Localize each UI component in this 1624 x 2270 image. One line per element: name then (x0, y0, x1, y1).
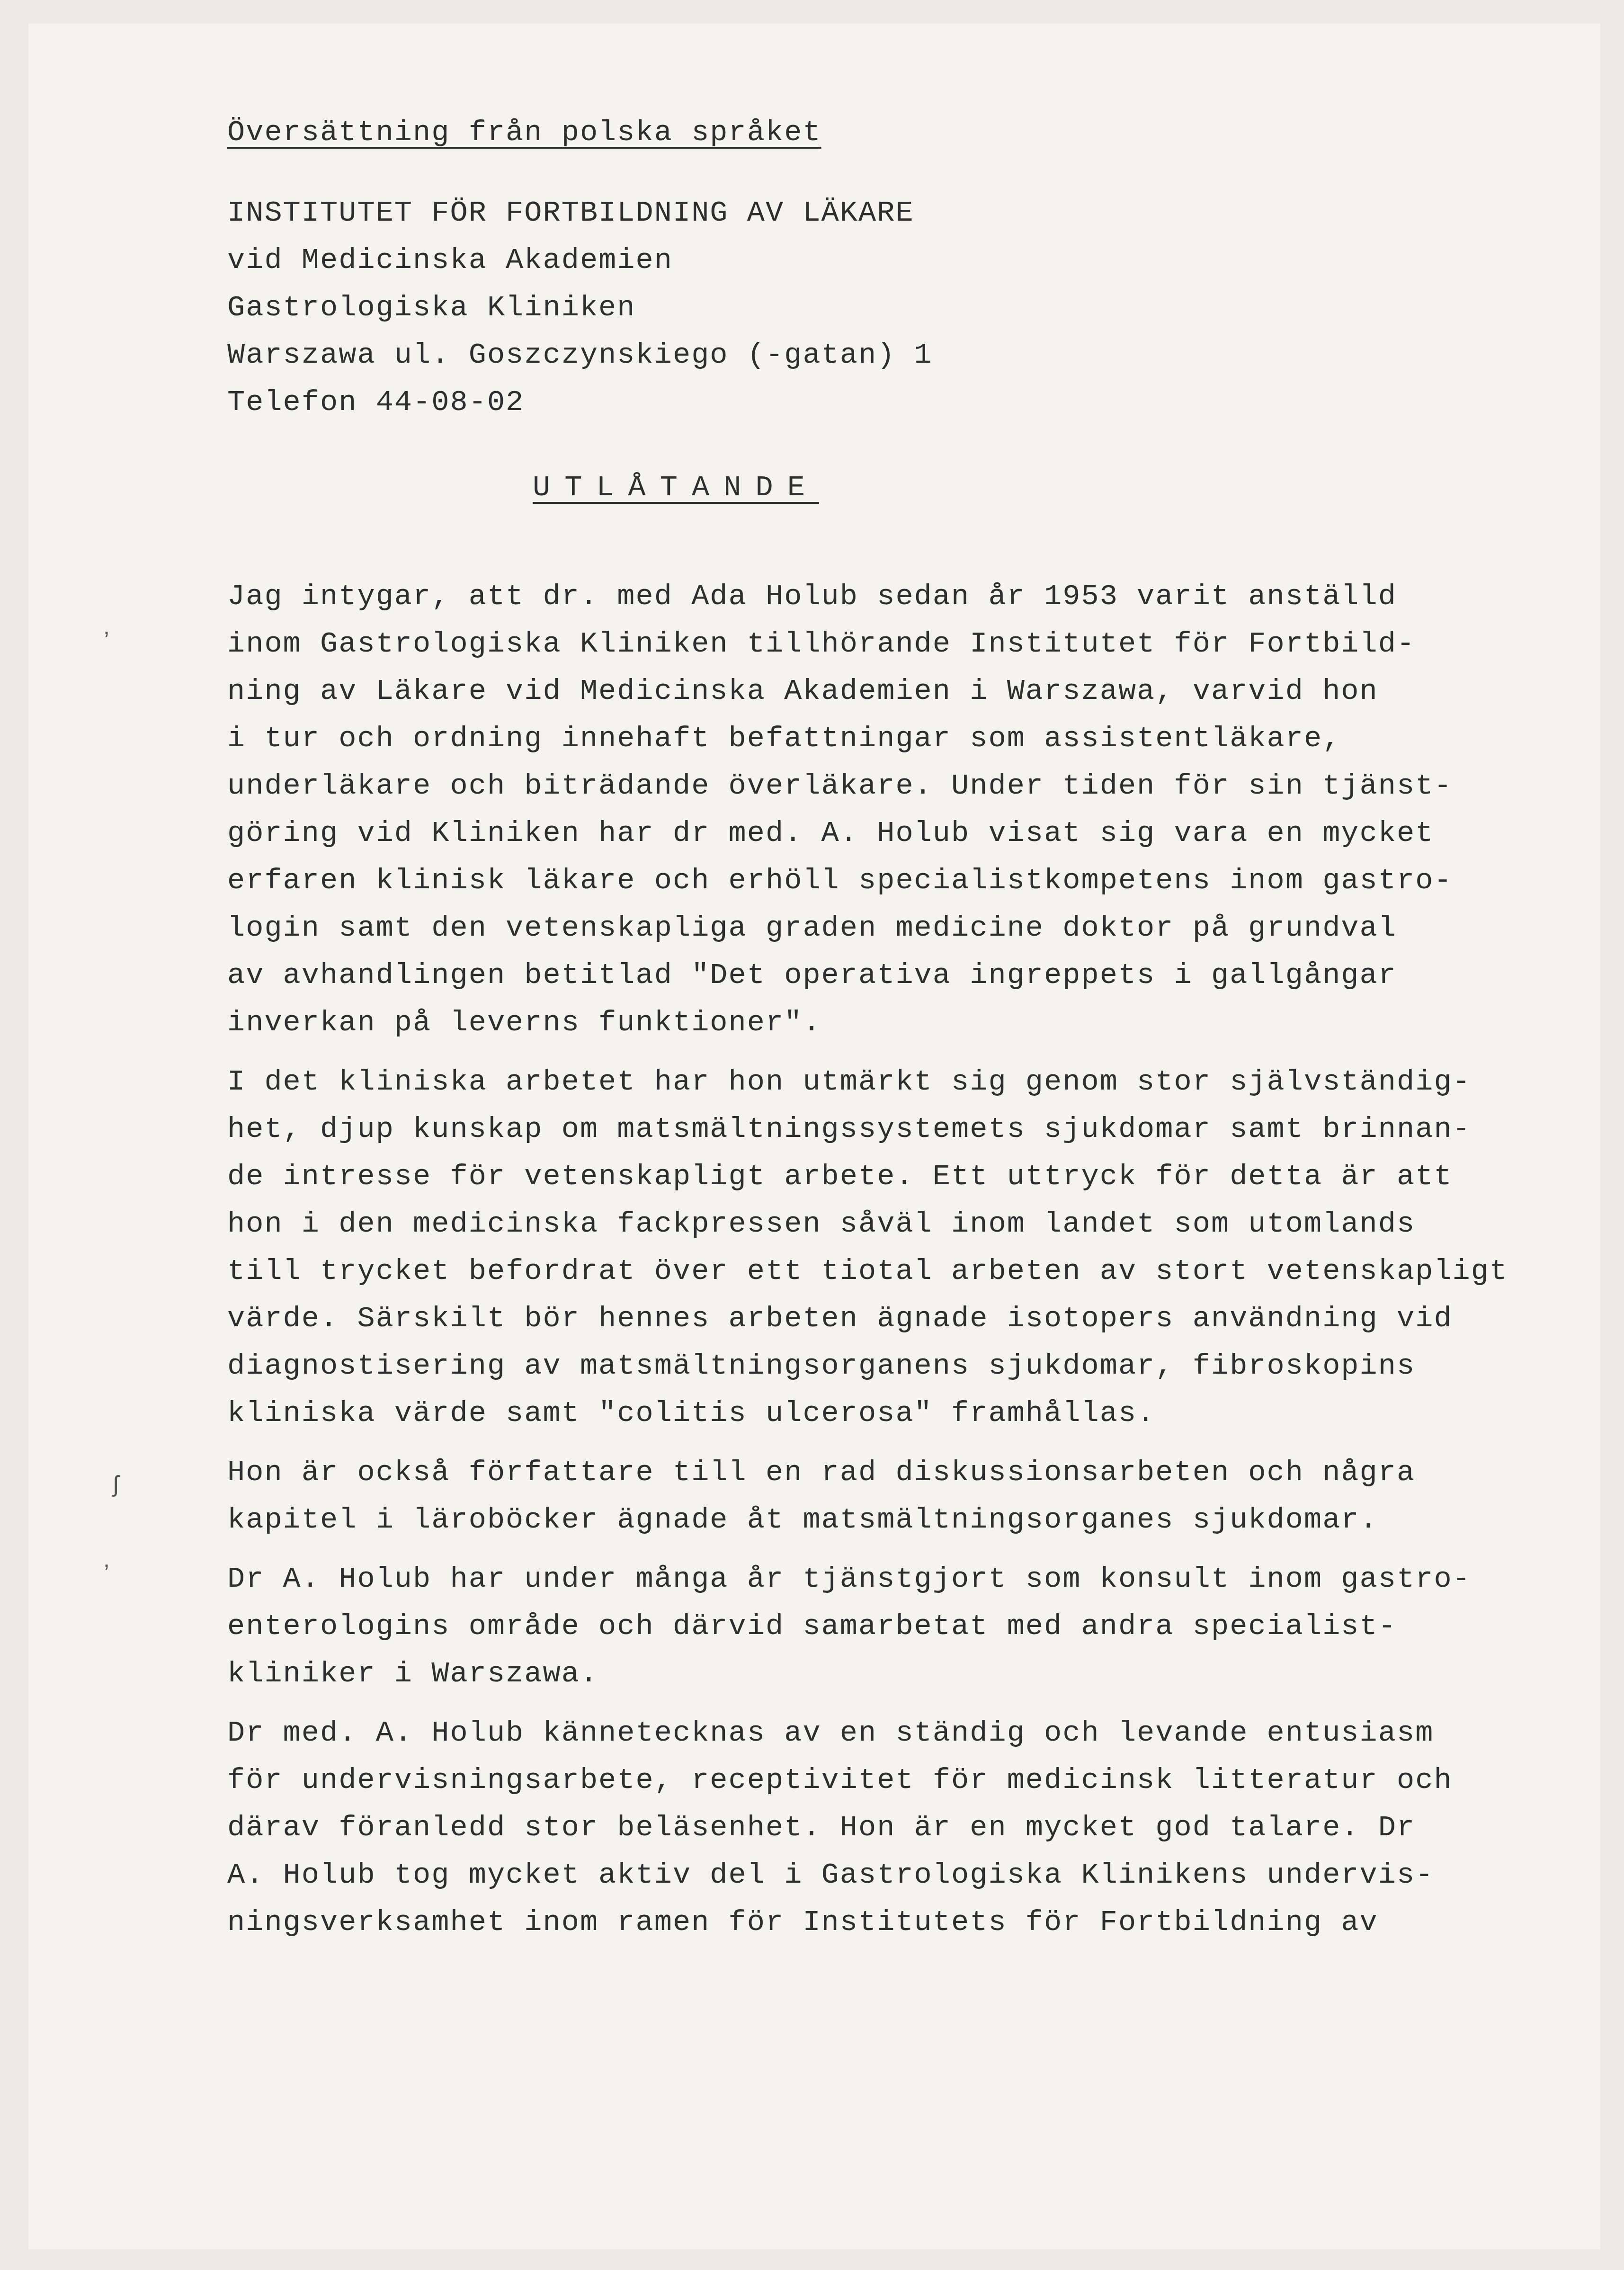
paragraph-1: Jag intygar, att dr. med Ada Holub sedan… (227, 573, 1567, 1046)
text-line: het, djup kunskap om matsmältningssystem… (227, 1106, 1567, 1153)
text-line: inverkan på leverns funktioner". (227, 999, 1567, 1046)
institution-affiliation: vid Medicinska Akademien (227, 237, 1591, 284)
text-line: Hon är också författare till en rad disk… (227, 1449, 1567, 1496)
institution-name: INSTITUTET FÖR FORTBILDNING AV LÄKARE (227, 189, 1591, 237)
text-line: därav föranledd stor beläsenhet. Hon är … (227, 1804, 1567, 1851)
text-line: diagnostisering av matsmältningsorganens… (227, 1342, 1567, 1390)
text-line: av avhandlingen betitlad "Det operativa … (227, 952, 1567, 999)
text-line: göring vid Kliniken har dr med. A. Holub… (227, 810, 1567, 857)
institution-phone: Telefon 44-08-02 (227, 379, 1591, 426)
text-line: underläkare och biträdande överläkare. U… (227, 762, 1567, 810)
text-line: värde. Särskilt bör hennes arbeten ägnad… (227, 1295, 1567, 1342)
translation-note: Översättning från polska språket (227, 109, 1591, 156)
margin-mark: ʃ (109, 1473, 123, 1500)
institution-department: Gastrologiska Kliniken (227, 284, 1591, 331)
document-body: Översättning från polska språket INSTITU… (227, 109, 1591, 1958)
text-line: i tur och ordning innehaft befattningar … (227, 715, 1567, 762)
text-line: ning av Läkare vid Medicinska Akademien … (227, 668, 1567, 715)
paragraph-5: Dr med. A. Holub kännetecknas av en stän… (227, 1709, 1567, 1946)
institution-block: INSTITUTET FÖR FORTBILDNING AV LÄKARE vi… (227, 189, 1591, 426)
institution-address: Warszawa ul. Goszczynskiego (-gatan) 1 (227, 331, 1591, 379)
text-line: Dr med. A. Holub kännetecknas av en stän… (227, 1709, 1567, 1757)
document-title: UTLÅTANDE (533, 464, 1591, 511)
text-line: kapitel i läroböcker ägnade åt matsmältn… (227, 1496, 1567, 1544)
text-line: inom Gastrologiska Kliniken tillhörande … (227, 620, 1567, 668)
text-line: Jag intygar, att dr. med Ada Holub sedan… (227, 573, 1567, 620)
text-line: kliniker i Warszawa. (227, 1650, 1567, 1698)
paragraph-3: Hon är också författare till en rad disk… (227, 1449, 1567, 1544)
text-line: kliniska värde samt "colitis ulcerosa" f… (227, 1390, 1567, 1437)
document-text: Jag intygar, att dr. med Ada Holub sedan… (227, 573, 1591, 1946)
text-line: till trycket befordrat över ett tiotal a… (227, 1248, 1567, 1295)
text-line: enterologins område och därvid samarbeta… (227, 1603, 1567, 1650)
paragraph-4: Dr A. Holub har under många år tjänstgjo… (227, 1555, 1567, 1698)
paragraph-2: I det kliniska arbetet har hon utmärkt s… (227, 1058, 1567, 1437)
text-line: I det kliniska arbetet har hon utmärkt s… (227, 1058, 1567, 1106)
text-line: hon i den medicinska fackpressen såväl i… (227, 1200, 1567, 1248)
margin-mark: ʼ (99, 630, 114, 657)
text-line: ningsverksamhet inom ramen för Institute… (227, 1899, 1567, 1946)
text-line: Dr A. Holub har under många år tjänstgjo… (227, 1555, 1567, 1603)
margin-mark: ʼ (99, 1563, 114, 1590)
text-line: för undervisningsarbete, receptivitet fö… (227, 1757, 1567, 1804)
text-line: login samt den vetenskapliga graden medi… (227, 904, 1567, 952)
text-line: A. Holub tog mycket aktiv del i Gastrolo… (227, 1851, 1567, 1899)
text-line: de intresse för vetenskapligt arbete. Et… (227, 1153, 1567, 1200)
text-line: erfaren klinisk läkare och erhöll specia… (227, 857, 1567, 904)
